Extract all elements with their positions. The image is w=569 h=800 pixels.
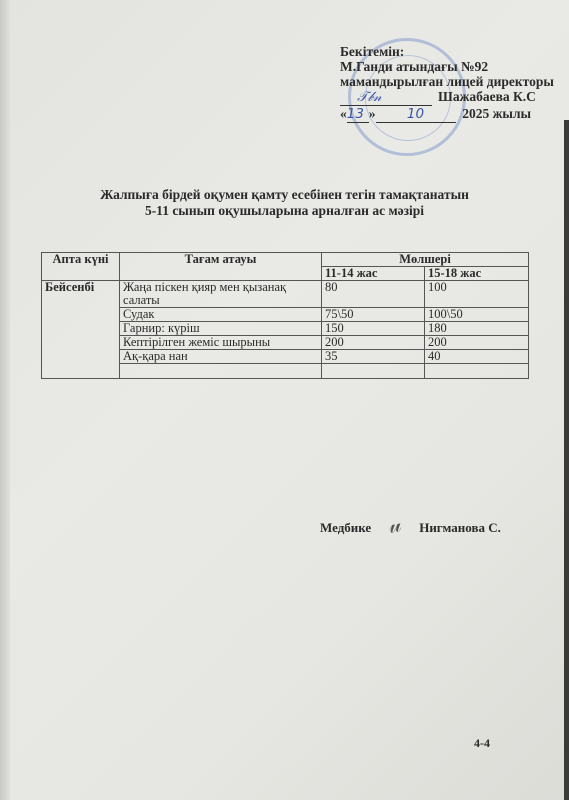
dish-cell (120, 364, 322, 379)
approval-position: мамандырылған лицей директоры (340, 74, 554, 89)
header-day: Апта күні (42, 253, 120, 281)
dish-cell: Кептірілген жеміс шырыны (120, 336, 322, 350)
director-signature-icon: 𝒯𝒷𝓃 (340, 89, 432, 106)
dish-cell: Судак (120, 308, 322, 322)
date-month: 10 (376, 107, 456, 123)
amount-15-18: 40 (425, 350, 529, 364)
nurse-signature-icon: 𝓊 (373, 510, 417, 542)
document-page: Бекітемін: М.Ганди атындағы №92 мамандыр… (0, 0, 569, 800)
header-amount: Мөлшері (322, 253, 529, 267)
amount-15-18: 100 (425, 281, 529, 308)
approval-date: «13»10 2025 жылы (340, 106, 554, 123)
amount-15-18 (425, 364, 529, 379)
header-age-15-18: 15-18 жас (425, 267, 529, 281)
amount-11-14: 35 (322, 350, 425, 364)
table-row: Бейсенбі Жаңа піскен қияр мен қызанақ са… (42, 281, 529, 308)
header-dish: Тағам атауы (120, 253, 322, 281)
amount-11-14: 200 (322, 336, 425, 350)
approval-school: М.Ганди атындағы №92 (340, 59, 554, 74)
amount-15-18: 100\50 (425, 308, 529, 322)
page-number: 4-4 (474, 736, 490, 751)
director-name: Шажабаева К.С (438, 89, 536, 104)
date-day: 13 (347, 107, 369, 123)
amount-11-14: 75\50 (322, 308, 425, 322)
day-cell: Бейсенбі (42, 281, 120, 379)
amount-15-18: 200 (425, 336, 529, 350)
header-age-11-14: 11-14 жас (322, 267, 425, 281)
amount-11-14 (322, 364, 425, 379)
page-edge-dark (564, 120, 569, 800)
amount-11-14: 80 (322, 281, 425, 308)
nurse-label: Медбике (320, 520, 371, 535)
menu-table: Апта күні Тағам атауы Мөлшері 11-14 жас … (41, 252, 529, 379)
menu-title: Жалпыға бірдей оқумен қамту есебінен тег… (0, 187, 569, 219)
date-year: 2025 жылы (462, 106, 531, 121)
dish-cell: Жаңа піскен қияр мен қызанақ салаты (120, 281, 322, 308)
approval-heading: Бекітемін: (340, 44, 554, 59)
amount-15-18: 180 (425, 322, 529, 336)
approval-block: Бекітемін: М.Ганди атындағы №92 мамандыр… (340, 44, 554, 123)
nurse-signature-block: Медбике𝓊Нигманова С. (320, 513, 501, 538)
dish-cell: Ақ-қара нан (120, 350, 322, 364)
dish-cell: Гарнир: күріш (120, 322, 322, 336)
approval-signature-line: 𝒯𝒷𝓃Шажабаева К.С (340, 89, 554, 106)
amount-11-14: 150 (322, 322, 425, 336)
nurse-name: Нигманова С. (419, 520, 501, 535)
page-edge-shadow (0, 0, 10, 800)
